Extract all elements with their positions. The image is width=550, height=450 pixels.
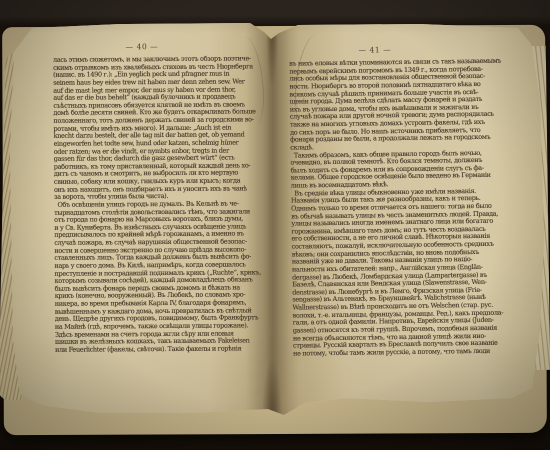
right-page: — 41 — въ нихъ еловыя вѣтки упоминаются … [289,43,515,357]
page-number-left: — 40 — [53,41,273,52]
text-line: или Feuerlichter (факелы, свѣточи). Такі… [55,345,275,354]
left-page-text: лась этимъ сюжетомъ, и мы заключимъ этот… [53,55,275,354]
page-number-right: — 41 — [289,43,511,55]
left-page: — 40 — лась этимъ сюжетомъ, и мы заключи… [53,41,275,354]
book-photo: — 40 — лась этимъ сюжетомъ, и мы заключи… [0,0,550,450]
right-page-text: въ нихъ еловыя вѣтки упоминаются въ связ… [289,57,515,357]
